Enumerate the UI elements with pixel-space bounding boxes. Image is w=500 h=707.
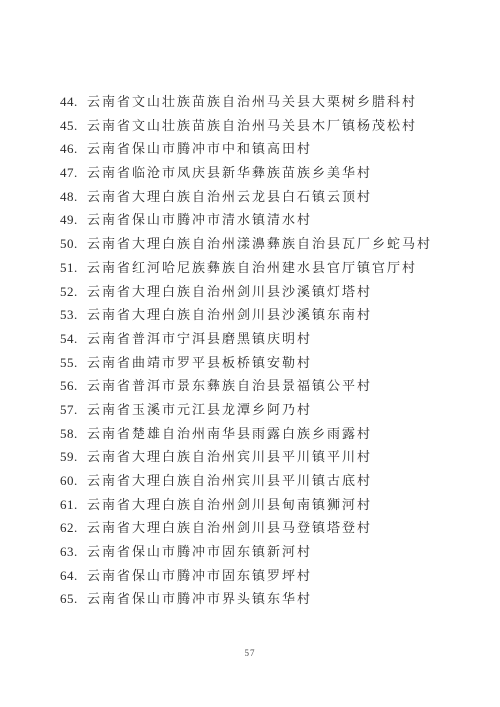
item-text: 云南省普洱市景东彝族自治县景福镇公平村 [87,378,372,393]
list-item: 49.云南省保山市腾冲市清水镇清水村 [60,208,480,232]
item-number: 46. [60,137,87,161]
item-number: 50. [60,232,87,256]
item-text: 云南省临沧市凤庆县新华彝族苗族乡美华村 [87,165,372,180]
item-number: 56. [60,374,87,398]
list-item: 60.云南省大理白族自治州宾川县平川镇古底村 [60,469,480,493]
item-text: 云南省大理白族自治州剑川县沙溪镇灯塔村 [87,284,372,299]
item-number: 62. [60,516,87,540]
item-number: 65. [60,587,87,611]
item-text: 云南省大理白族自治州剑川县马登镇塔登村 [87,520,372,535]
list-item: 45.云南省文山壮族苗族自治州马关县木厂镇杨茂松村 [60,114,480,138]
item-text: 云南省保山市腾冲市中和镇高田村 [87,141,312,156]
list-item: 59.云南省大理白族自治州宾川县平川镇平川村 [60,445,480,469]
item-text: 云南省保山市腾冲市固东镇罗坪村 [87,568,312,583]
item-number: 49. [60,208,87,232]
item-number: 48. [60,185,87,209]
item-number: 54. [60,327,87,351]
item-number: 57. [60,398,87,422]
item-text: 云南省红河哈尼族彝族自治州建水县官厅镇官厅村 [87,260,417,275]
list-item: 63.云南省保山市腾冲市固东镇新河村 [60,540,480,564]
list-item: 52.云南省大理白族自治州剑川县沙溪镇灯塔村 [60,280,480,304]
item-number: 64. [60,564,87,588]
item-number: 61. [60,493,87,517]
item-text: 云南省大理白族自治州宾川县平川镇古底村 [87,473,372,488]
document-page: 44.云南省文山壮族苗族自治州马关县大栗树乡腊科村 45.云南省文山壮族苗族自治… [0,0,500,707]
item-text: 云南省大理白族自治州云龙县白石镇云顶村 [87,189,372,204]
item-number: 55. [60,351,87,375]
list-item: 54.云南省普洱市宁洱县磨黑镇庆明村 [60,327,480,351]
list-item: 57.云南省玉溪市元江县龙潭乡阿乃村 [60,398,480,422]
list-item: 55.云南省曲靖市罗平县板桥镇安勒村 [60,351,480,375]
list-item: 51.云南省红河哈尼族彝族自治州建水县官厅镇官厅村 [60,256,480,280]
item-number: 59. [60,445,87,469]
item-number: 44. [60,90,87,114]
list-item: 65.云南省保山市腾冲市界头镇东华村 [60,587,480,611]
list-item: 48.云南省大理白族自治州云龙县白石镇云顶村 [60,185,480,209]
list-item: 46.云南省保山市腾冲市中和镇高田村 [60,137,480,161]
item-text: 云南省普洱市宁洱县磨黑镇庆明村 [87,331,312,346]
item-number: 63. [60,540,87,564]
item-number: 58. [60,422,87,446]
item-text: 云南省楚雄自治州南华县雨露白族乡雨露村 [87,426,372,441]
item-text: 云南省曲靖市罗平县板桥镇安勒村 [87,355,312,370]
list-item: 56.云南省普洱市景东彝族自治县景福镇公平村 [60,374,480,398]
page-number: 57 [0,648,500,658]
item-text: 云南省文山壮族苗族自治州马关县大栗树乡腊科村 [87,94,417,109]
item-text: 云南省大理白族自治州剑川县甸南镇狮河村 [87,497,372,512]
item-text: 云南省保山市腾冲市界头镇东华村 [87,591,312,606]
list-item: 50.云南省大理白族自治州漾濞彝族自治县瓦厂乡蛇马村 [60,232,480,256]
item-text: 云南省大理白族自治州宾川县平川镇平川村 [87,449,372,464]
list-item: 61.云南省大理白族自治州剑川县甸南镇狮河村 [60,493,480,517]
item-number: 51. [60,256,87,280]
item-text: 云南省文山壮族苗族自治州马关县木厂镇杨茂松村 [87,118,417,133]
item-number: 60. [60,469,87,493]
list-item: 44.云南省文山壮族苗族自治州马关县大栗树乡腊科村 [60,90,480,114]
list-item: 53.云南省大理白族自治州剑川县沙溪镇东南村 [60,303,480,327]
item-text: 云南省保山市腾冲市清水镇清水村 [87,212,312,227]
list-item: 47.云南省临沧市凤庆县新华彝族苗族乡美华村 [60,161,480,185]
item-text: 云南省保山市腾冲市固东镇新河村 [87,544,312,559]
list-item: 64.云南省保山市腾冲市固东镇罗坪村 [60,564,480,588]
village-list: 44.云南省文山壮族苗族自治州马关县大栗树乡腊科村 45.云南省文山壮族苗族自治… [60,90,480,611]
item-text: 云南省大理白族自治州漾濞彝族自治县瓦厂乡蛇马村 [87,236,432,251]
item-number: 45. [60,114,87,138]
item-number: 52. [60,280,87,304]
item-number: 47. [60,161,87,185]
list-item: 62.云南省大理白族自治州剑川县马登镇塔登村 [60,516,480,540]
item-text: 云南省大理白族自治州剑川县沙溪镇东南村 [87,307,372,322]
item-text: 云南省玉溪市元江县龙潭乡阿乃村 [87,402,312,417]
item-number: 53. [60,303,87,327]
list-item: 58.云南省楚雄自治州南华县雨露白族乡雨露村 [60,422,480,446]
